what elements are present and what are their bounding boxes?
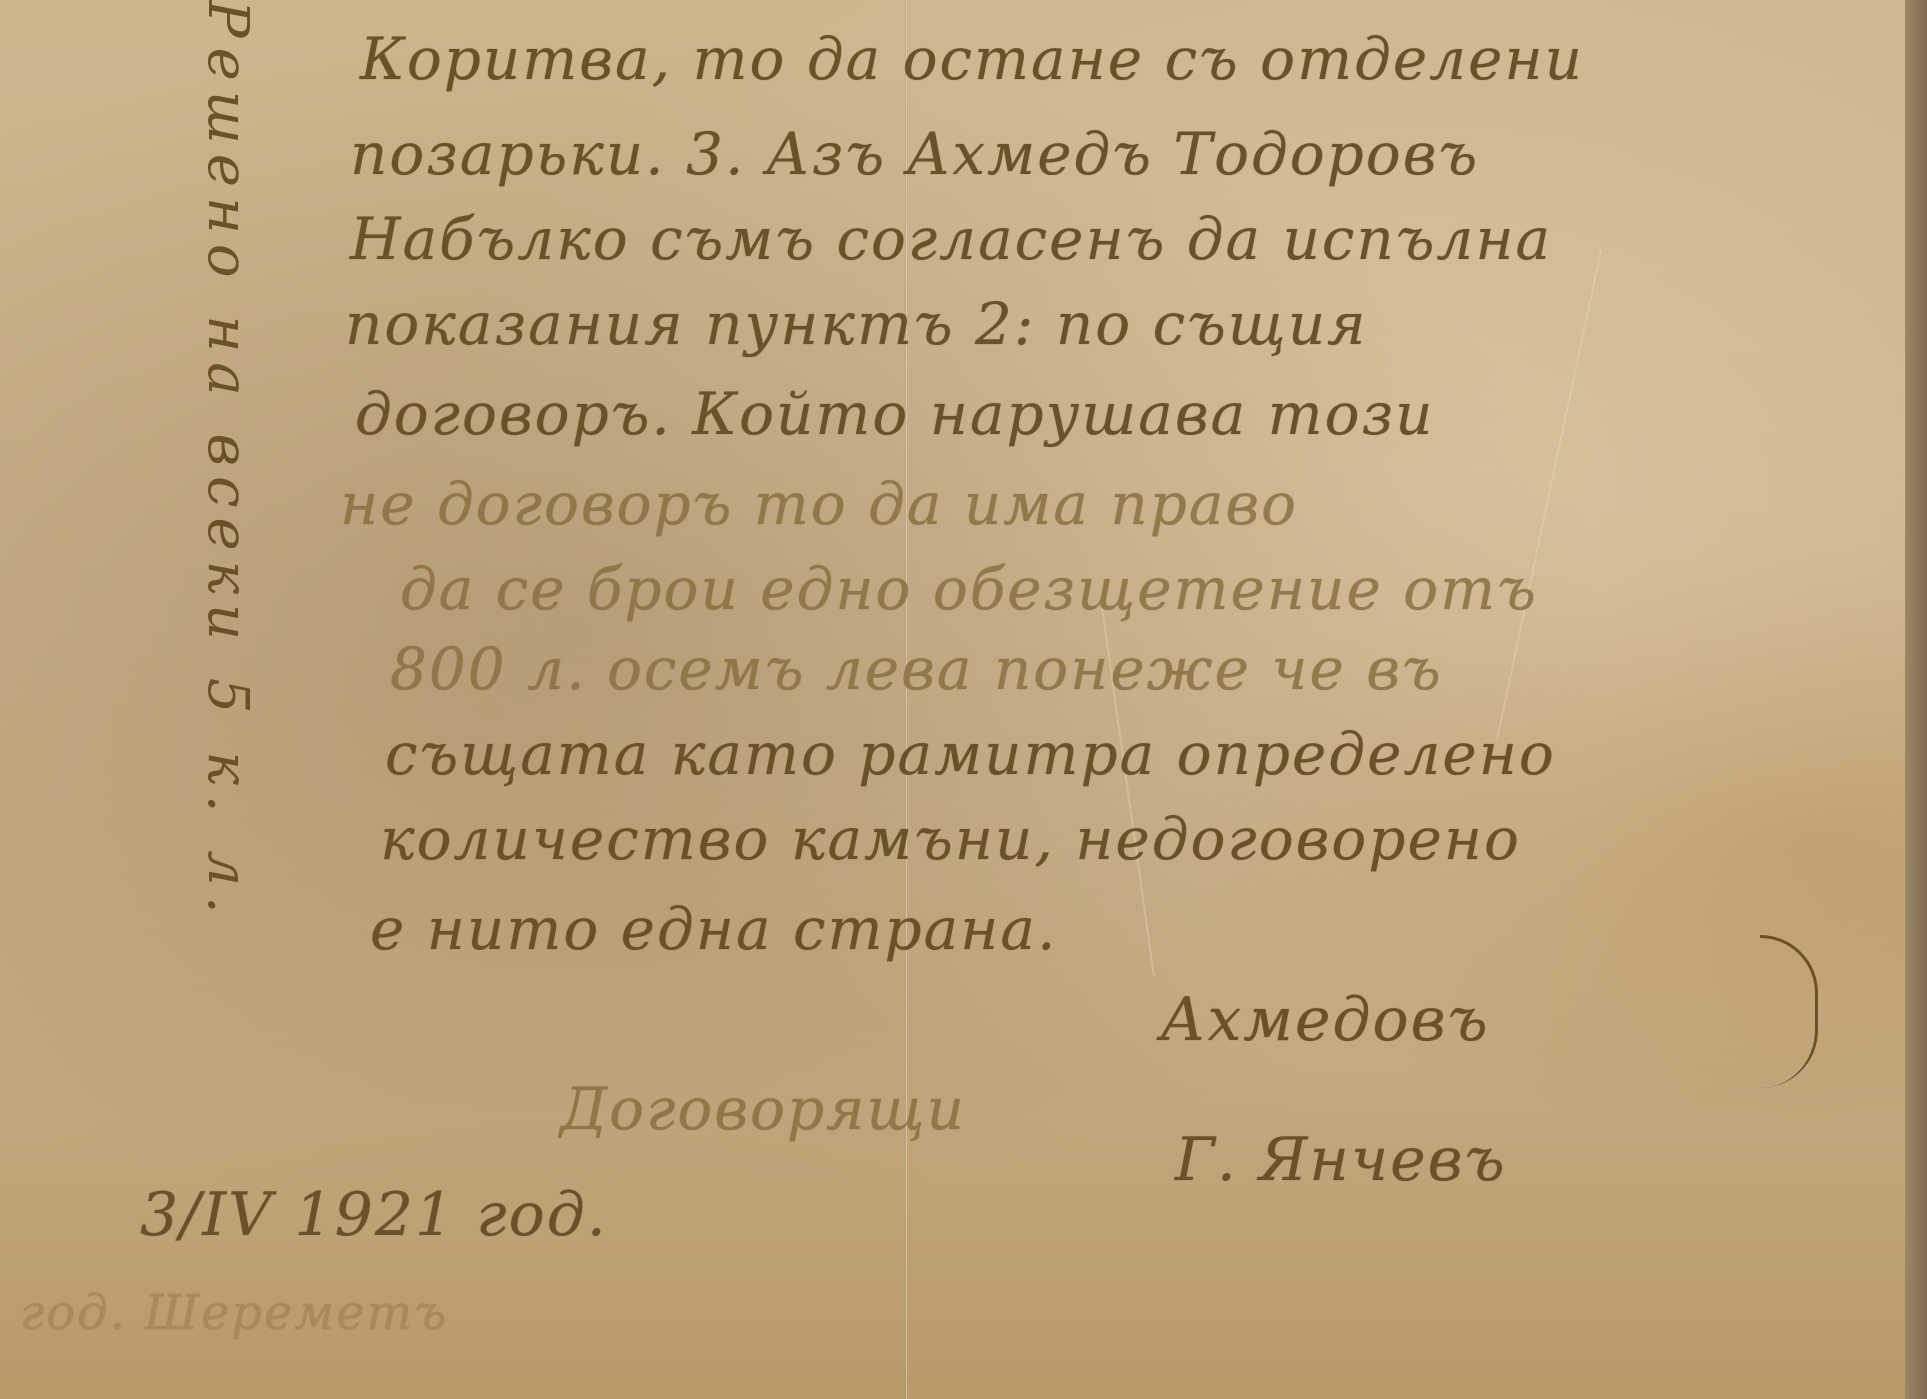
document-line-6: не договоръ то да има право: [340, 470, 1298, 538]
document-line-7: да се брои едно обезщетение отъ: [400, 555, 1538, 623]
document-line-5: договоръ. Който нарушава този: [355, 380, 1435, 448]
document-line-1: Коритва, то да остане съ отделени: [360, 25, 1584, 93]
document-line-4: показания пунктъ 2: по същия: [345, 290, 1368, 358]
signature-g-yanchev: Г. Янчевъ: [1175, 1125, 1507, 1195]
document-line-9: същата като рамитра определено: [385, 720, 1556, 788]
document-line-3: Набълко съмъ согласенъ да испълна: [350, 205, 1552, 273]
paper-edge-shadow: [1905, 0, 1927, 1399]
document-line-11: е нито една страна.: [370, 895, 1057, 963]
signature-ahmedov: Ахмедовъ: [1160, 985, 1490, 1055]
document-line-10: количество камъни, недоговорено: [380, 805, 1521, 873]
margin-note-vertical: Решено на всеки 5 к. л.: [195, 0, 260, 924]
signatories-label: Договорящи: [560, 1075, 966, 1143]
faint-note: год. Шереметъ: [20, 1285, 448, 1341]
document-date: 3/IV 1921 год.: [140, 1180, 608, 1250]
document-line-2: позарьки. 3. Азъ Ахмедъ Тодоровъ: [350, 120, 1479, 188]
document-line-8: 800 л. осемъ лева понеже че въ: [390, 635, 1443, 703]
